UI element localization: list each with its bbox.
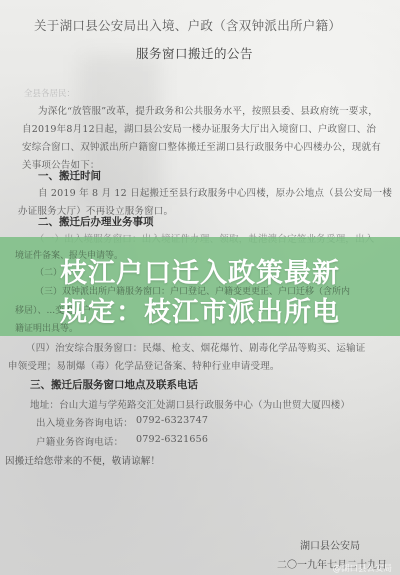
watermark: @湖口县公安局 bbox=[332, 562, 392, 574]
phone-label-exit-entry: 出入境业务咨询电话： bbox=[36, 415, 133, 429]
notice-title-line1: 关于湖口县公安局出入境、户政（含双钟派出所户籍） bbox=[34, 16, 341, 34]
section3-address: 地址：台山大道与学苑路交汇处湖口县行政服务中心（为山世贸大厦四楼） bbox=[30, 397, 350, 411]
phone-label-household: 户籍业务咨询电话： bbox=[36, 434, 123, 448]
phone-number-exit-entry: 0792-6323747 bbox=[136, 415, 208, 426]
section1-line-1: 自 2019 年 8 月 12 日起搬迁至县行政服务中心四楼，原办公地点（县公安… bbox=[38, 185, 392, 199]
greeting: 全县各居民： bbox=[24, 87, 75, 99]
intro-line-3: 安综合窗口、双钟派出所户籍窗口整体搬迁至湖口县行政服务中心四楼办公，现就有 bbox=[22, 139, 381, 153]
intro-line-2: 自2019年8月12日起，湖口县公安局一楼办证服务大厅出入境窗口、户政窗口、治 bbox=[22, 121, 376, 135]
headline-line2: 规定：枝江市派出所电 bbox=[0, 290, 400, 329]
intro-line-1: 为深化“放管服”改革，提升政务和公共服务水平，按照县委、县政府统一要求， bbox=[38, 103, 378, 117]
signature-org: 湖口县公安局 bbox=[300, 537, 360, 552]
phone-number-household: 0792-6321656 bbox=[136, 434, 208, 445]
section2-item-4-cont: 申领受理；易制爆（毒）化学品登记备案、特种行业申请受理。 bbox=[8, 358, 280, 372]
closing-line: 因搬迁给您带来的不便，敬请谅解！ bbox=[5, 453, 160, 467]
notice-title-line2: 服务窗口搬迁的公告 bbox=[136, 44, 253, 62]
headline-line1: 枝江户口迁入政策最新 bbox=[0, 251, 400, 290]
section3-heading: 三、搬迁后服务窗口地点及联系电话 bbox=[30, 377, 198, 392]
section2-heading: 二、搬迁后办理业务事项 bbox=[38, 214, 154, 229]
section1-heading: 一、搬迁时间 bbox=[38, 168, 101, 183]
section2-item-4: （四）治安综合服务窗口：民爆、枪支、烟花爆竹、剧毒化学品等购买、运输证 bbox=[26, 340, 366, 354]
